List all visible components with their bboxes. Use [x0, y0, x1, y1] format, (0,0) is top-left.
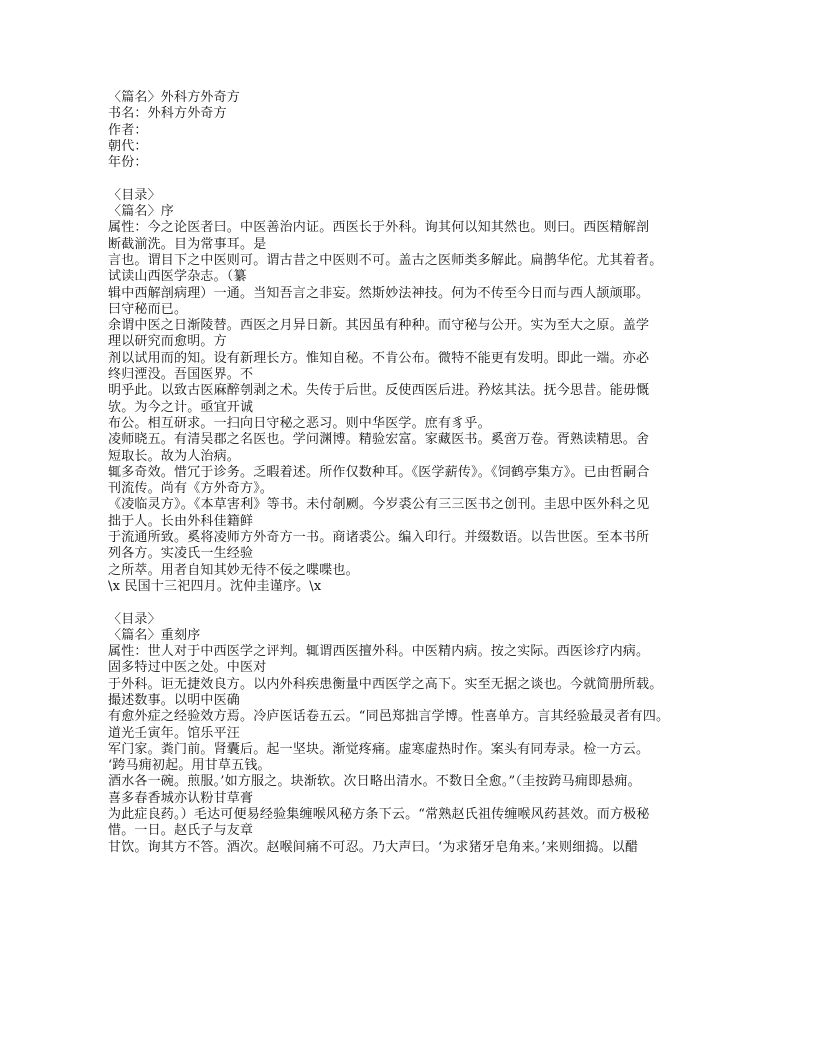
- document-page: 〈篇名〉外科方外奇方 书名：外科方外奇方 作者： 朝代： 年份： 〈目录〉 〈篇…: [108, 90, 728, 856]
- text-line: 于外科。讵无捷效良方。以内外科疾患衡量中西医学之高下。实至无据之谈也。今就简册所…: [108, 677, 728, 693]
- text-line: 剂以试用而的知。设有新理长方。惟知自秘。不肯公布。微特不能更有发明。即此一端。亦…: [108, 351, 728, 367]
- text-line: 布公。相互研求。一扫向日守秘之恶习。则中华医学。庶有豸乎。: [108, 416, 728, 432]
- text-line: 属性：今之论医者曰。中医善治内证。西医长于外科。询其何以知其然也。则曰。西医精解…: [108, 220, 728, 236]
- text-line: 终归湮没。吾国医界。不: [108, 367, 728, 383]
- text-line: 列各方。实凌氏一生经验: [108, 546, 728, 562]
- dynasty-field: 朝代：: [108, 139, 728, 155]
- text-line: 辑中西解剖病理）一通。当知吾言之非妄。然斯妙法神技。何为不传至今日而与西人颉颃耶…: [108, 286, 728, 302]
- text-line: 喜多春香城亦认粉甘草膏: [108, 791, 728, 807]
- text-line: 为此症良药。）毛达可便易经验集缠喉风秘方条下云。“常熟赵氏祖传缠喉风药甚效。而方…: [108, 807, 728, 823]
- text-line: 酒水各一碗。煎服。’如方服之。块渐软。次日略出清水。不数日全愈。”（圭按跨马痈即…: [108, 774, 728, 790]
- text-line: 之所萃。用者自知其妙无待不佞之喋喋也。: [108, 563, 728, 579]
- text-line: 有愈外症之经验效方焉。冷庐医话卷五云。“同邑郑拙言学博。性喜单方。言其经验最灵者…: [108, 709, 728, 725]
- spacer: [108, 595, 728, 611]
- text-line: 欤。为今之计。亟宜开诚: [108, 400, 728, 416]
- text-line: 试读山西医学杂志。（纂: [108, 269, 728, 285]
- book-header: 〈篇名〉外科方外奇方 书名：外科方外奇方 作者： 朝代： 年份：: [108, 90, 728, 171]
- year-field: 年份：: [108, 155, 728, 171]
- text-line: 《凌临灵方》。《本草害利》等书。未付剞劂。今岁裘公有三三医书之创刊。圭思中医外科…: [108, 497, 728, 513]
- toc-marker: 〈目录〉: [108, 188, 728, 204]
- text-line: 辄多奇效。惜冗于诊务。乏暇着述。所作仅数种耳。《医学薪传》。《饲鹤亭集方》。已由…: [108, 465, 728, 481]
- text-line: 撮述数事。以明中医确: [108, 693, 728, 709]
- text-line: 于流通所致。奚将凌师方外奇方一书。商诸裘公。编入印行。并缀数语。以告世医。至本书…: [108, 530, 728, 546]
- text-line: 军门家。粪门前。肾囊后。起一坚块。渐觉疼痛。虚寒虚热时作。案头有同寿录。检一方云…: [108, 742, 728, 758]
- text-line: 属性：世人对于中西医学之评判。辄谓西医擅外科。中医精内病。按之实际。西医诊疗内病…: [108, 644, 728, 660]
- text-line: ‘跨马痈初起。用甘草五钱。: [108, 758, 728, 774]
- text-line: 拙于人。长由外科佳籍鲜: [108, 514, 728, 530]
- section-title: 〈篇名〉序: [108, 204, 728, 220]
- text-line: 甘饮。询其方不答。酒次。赵喉间痛不可忍。乃大声曰。‘为求猪牙皂角来。’来则细捣。…: [108, 840, 728, 856]
- text-line: 道光壬寅年。馆乐平汪: [108, 726, 728, 742]
- preface-signature: \x 民国十三祀四月。沈仲圭谨序。\x: [108, 579, 728, 595]
- spacer: [108, 171, 728, 187]
- reprint-preface-section: 〈目录〉 〈篇名〉重刻序 属性：世人对于中西医学之评判。辄谓西医擅外科。中医精内…: [108, 612, 728, 856]
- text-line: 惜。一日。赵氏子与友章: [108, 823, 728, 839]
- text-line: 理以研究而愈明。方: [108, 334, 728, 350]
- author-field: 作者：: [108, 123, 728, 139]
- text-line: 凌师晓五。有清吴郡之名医也。学问渊博。精验宏富。家藏医书。奚啻万卷。胥熟读精思。…: [108, 432, 728, 448]
- text-line: 短取长。故为人治病。: [108, 449, 728, 465]
- chapter-title: 〈篇名〉外科方外奇方: [108, 90, 728, 106]
- text-line: 明乎此。以致古医麻醉刳剥之术。失传于后世。反使西医后进。矜炫其法。抚今思昔。能毋…: [108, 383, 728, 399]
- section-title: 〈篇名〉重刻序: [108, 628, 728, 644]
- text-line: 言也。谓目下之中医则可。谓古昔之中医则不可。盖古之医师类多解此。扁鹊华佗。尤其着…: [108, 253, 728, 269]
- text-line: 曰守秘而已。: [108, 302, 728, 318]
- text-line: 固多特过中医之处。中医对: [108, 660, 728, 676]
- text-line: 余谓中医之日渐陵替。西医之月异日新。其因虽有种种。而守秘与公开。实为至大之原。盖…: [108, 318, 728, 334]
- toc-marker: 〈目录〉: [108, 612, 728, 628]
- text-line: 刊流传。尚有《方外奇方》。: [108, 481, 728, 497]
- text-line: 断截湔洗。目为常事耳。是: [108, 237, 728, 253]
- book-name: 书名：外科方外奇方: [108, 106, 728, 122]
- preface-section: 〈目录〉 〈篇名〉序 属性：今之论医者曰。中医善治内证。西医长于外科。询其何以知…: [108, 188, 728, 595]
